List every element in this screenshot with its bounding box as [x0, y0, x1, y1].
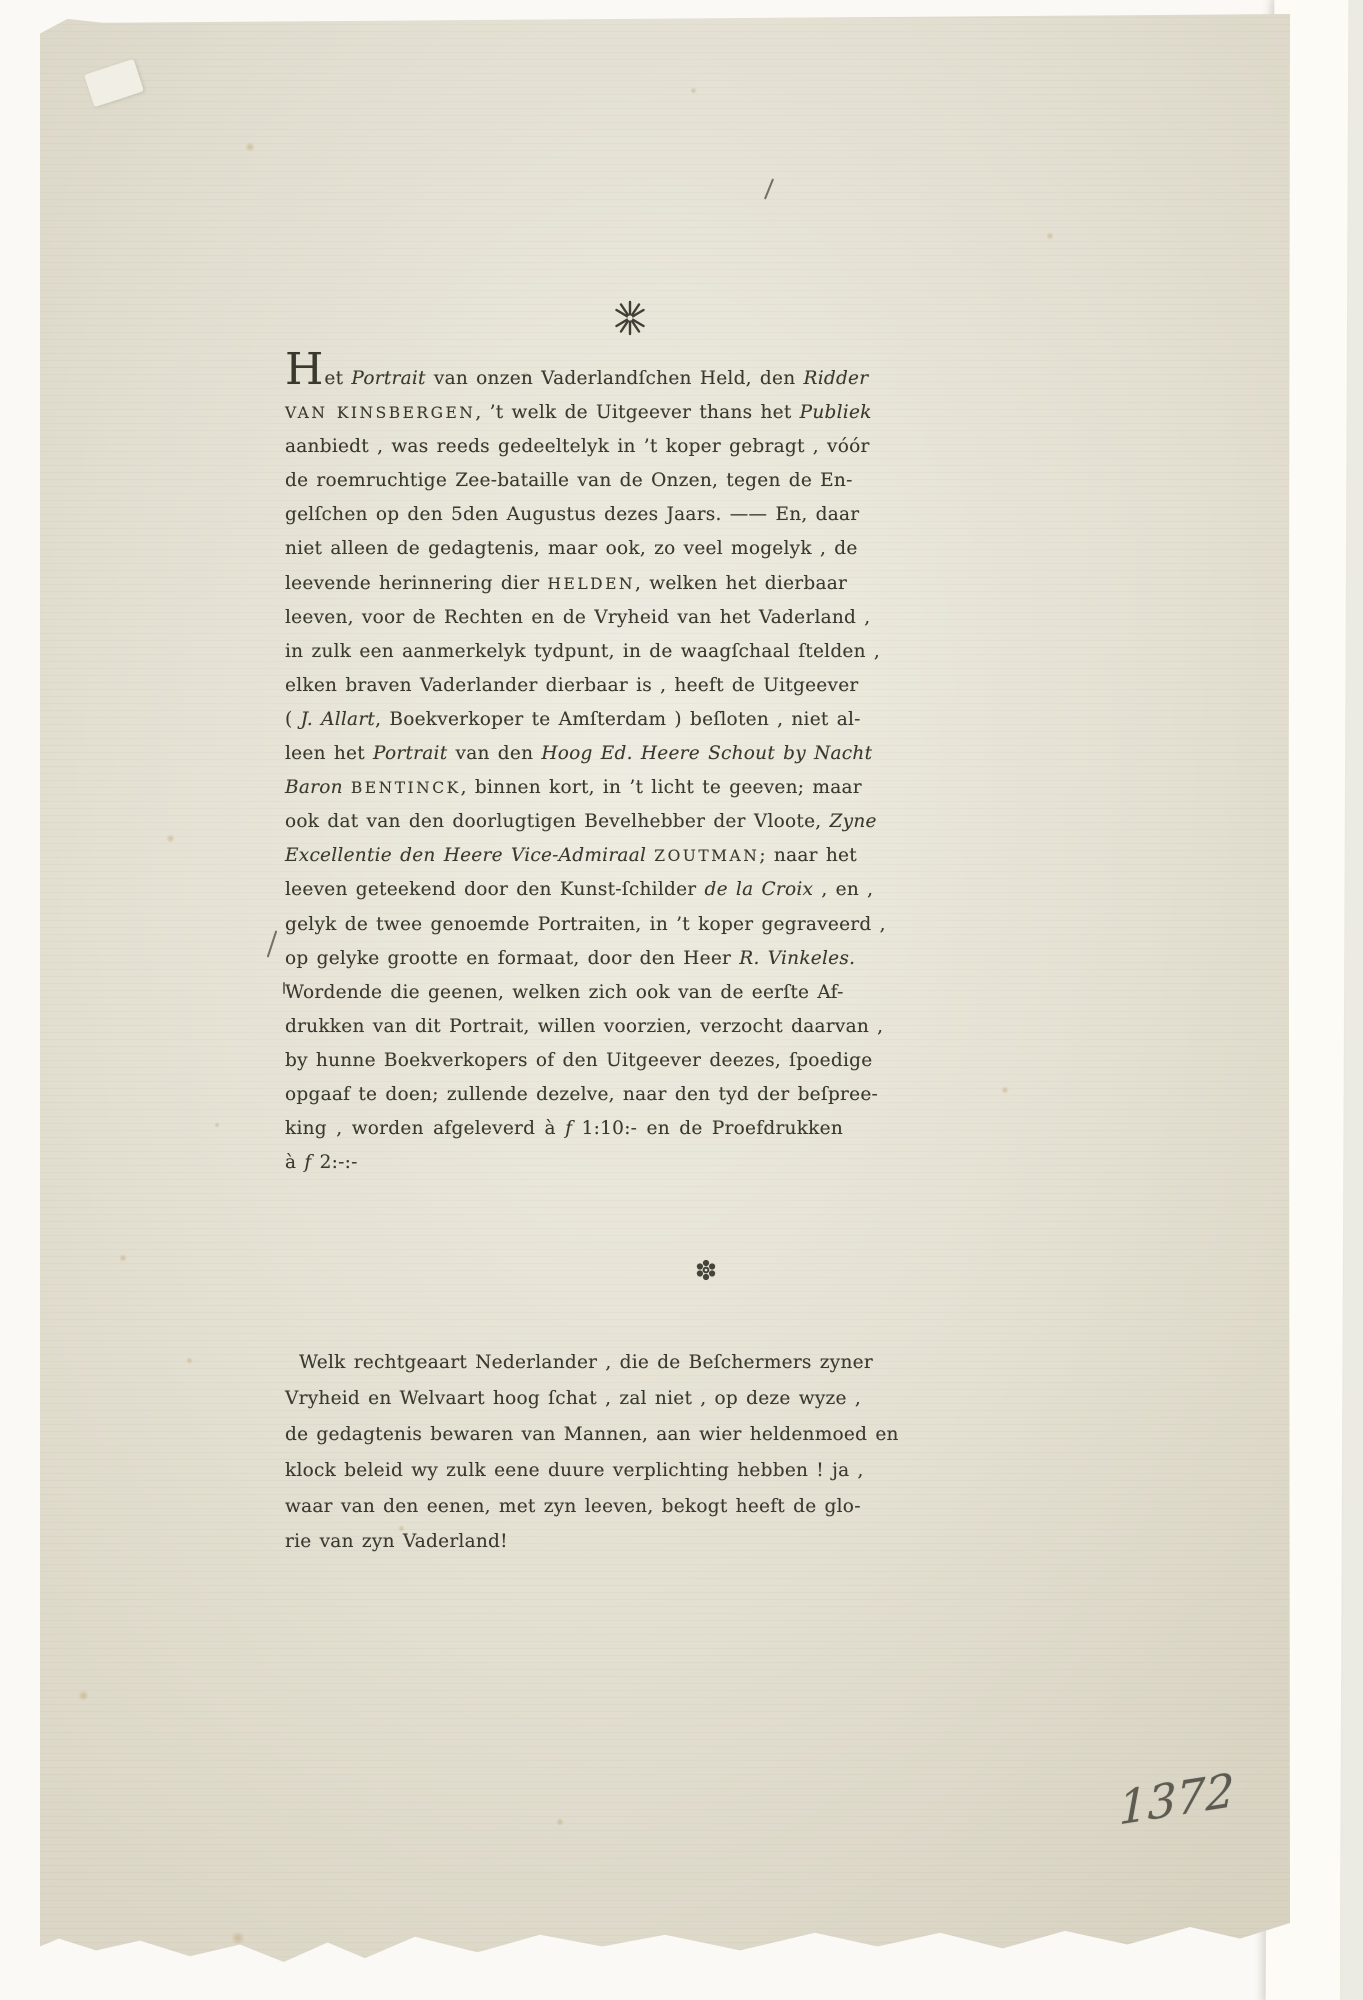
text-line: leen het Portrait van den Hoog Ed. Heere… — [285, 737, 843, 771]
text-segment: , ’t welk de Uitgeever thans het — [475, 402, 799, 423]
text-segment: à — [285, 1152, 304, 1173]
text-segment: et — [324, 368, 351, 389]
text-line: ( J. Allart, Boekverkoper te Amſterdam )… — [285, 703, 843, 737]
announcement-paragraph: Het Portrait van onzen Vaderlandſchen He… — [285, 362, 843, 1180]
text-segment: Wordende die geenen, welken zich ook van… — [285, 982, 844, 1003]
text-line: ook dat van den doorlugtigen Bevelhebber… — [285, 805, 843, 839]
text-segment: ( — [285, 709, 301, 730]
text-line: klock beleid wy zulk eene duure verplich… — [285, 1453, 845, 1489]
fleuron-ornament-icon — [692, 1256, 720, 1288]
foxing-spot — [1001, 1086, 1009, 1094]
text-segment: Ridder — [804, 368, 869, 389]
text-segment: Portrait — [351, 368, 425, 389]
text-line: by hunne Boekverkopers of den Uitgeever … — [285, 1044, 843, 1078]
text-segment: HELDEN — [548, 575, 635, 593]
text-line: rie van zyn Vaderland! — [285, 1524, 845, 1560]
text-segment: ; naar het — [759, 845, 857, 866]
text-segment: Welk rechtgeaart Nederlander , die de Be… — [299, 1352, 873, 1373]
text-segment: R. Vinkeles. — [739, 948, 855, 969]
pen-mark — [267, 930, 278, 957]
foxing-spot — [690, 87, 697, 94]
foxing-spot — [556, 1818, 564, 1826]
text-segment: Hoog Ed. Heere Schout by Nacht — [541, 743, 872, 764]
text-line: Excellentie den Heere Vice-Admiraal ZOUT… — [285, 839, 843, 873]
text-segment: de la Croix — [705, 879, 814, 900]
text-segment: by hunne Boekverkopers of den Uitgeever … — [285, 1050, 872, 1071]
text-segment: Publiek — [800, 402, 872, 423]
pen-mark — [764, 178, 774, 199]
text-segment: in zulk een aanmerkelyk tydpunt, in de w… — [285, 641, 880, 662]
foxing-spot — [119, 1254, 127, 1262]
text-segment: gelyk de twee genoemde Portraiten, in ’t… — [285, 914, 886, 935]
drop-cap: H — [285, 344, 324, 395]
text-segment: leen het — [285, 743, 373, 764]
text-segment: Vryheid en Welvaart hoog ſchat , zal nie… — [285, 1388, 861, 1409]
text-segment: king , worden afgeleverd à — [285, 1118, 565, 1139]
photo-backdrop: Het Portrait van onzen Vaderlandſchen He… — [0, 0, 1363, 2000]
text-line: king , worden afgeleverd à f 1:10:- en d… — [285, 1112, 843, 1146]
text-line: à f 2:-:- — [285, 1146, 843, 1180]
text-line: de gedagtenis bewaren van Mannen, aan wi… — [285, 1417, 845, 1453]
text-segment: drukken van dit Portrait, willen voorzie… — [285, 1016, 883, 1037]
text-line: Welk rechtgeaart Nederlander , die de Be… — [285, 1345, 845, 1381]
text-segment: J. Allart — [301, 709, 376, 730]
text-segment: f — [304, 1152, 311, 1173]
text-segment: Baron — [285, 777, 343, 798]
text-line: waar van den eenen, met zyn leeven, beko… — [285, 1489, 845, 1525]
text-segment: niet alleen de gedagtenis, maar ook, zo … — [285, 538, 858, 559]
text-segment: BENTINCK — [351, 779, 461, 797]
text-line: leeven, voor de Rechten en de Vryheid va… — [285, 601, 843, 635]
text-line: de roemruchtige Zee-bataille van de Onze… — [285, 464, 843, 498]
foxing-spot — [620, 1942, 632, 1952]
asterisk-ornament-icon — [610, 296, 650, 344]
text-line: opgaaf te doen; zullende dezelve, naar d… — [285, 1078, 843, 1112]
text-segment: de roemruchtige Zee-bataille van de Onze… — [285, 470, 853, 491]
foxing-spot — [214, 1122, 220, 1128]
text-line: leevende herinnering dier HELDEN, welken… — [285, 567, 843, 601]
text-line: op gelyke grootte en formaat, door den H… — [285, 942, 843, 976]
corner-tear — [84, 59, 144, 107]
text-segment: rie van zyn Vaderland! — [285, 1531, 508, 1552]
text-segment: , binnen kort, in ’t licht te geeven; ma… — [461, 777, 862, 798]
text-segment: ZOUTMAN — [654, 847, 759, 865]
text-segment: gelſchen op den 5den Augustus dezes Jaar… — [285, 504, 859, 525]
text-line: in zulk een aanmerkelyk tydpunt, in de w… — [285, 635, 843, 669]
text-segment: van onzen Vaderlandſchen Held, den — [426, 368, 804, 389]
text-line: gelſchen op den 5den Augustus dezes Jaar… — [285, 498, 843, 532]
text-line: aanbiedt , was reeds gedeeltelyk in ’t k… — [285, 430, 843, 464]
text-segment: leevende herinnering dier — [285, 573, 548, 594]
foxing-spot — [166, 834, 175, 843]
text-segment: waar van den eenen, met zyn leeven, beko… — [285, 1496, 861, 1517]
text-segment: , en , — [813, 879, 873, 900]
text-line: gelyk de twee genoemde Portraiten, in ’t… — [285, 908, 843, 942]
text-segment: ook dat van den doorlugtigen Bevelhebber… — [285, 811, 830, 832]
text-line: Wordende die geenen, welken zich ook van… — [285, 976, 843, 1010]
text-segment: Portrait — [373, 743, 447, 764]
text-segment: aanbiedt , was reeds gedeeltelyk in ’t k… — [285, 436, 870, 457]
text-line: Vryheid en Welvaart hoog ſchat , zal nie… — [285, 1381, 845, 1417]
foxing-spot — [245, 142, 255, 152]
text-segment: VAN KINSBERGEN — [285, 404, 475, 422]
text-segment: Excellentie den Heere Vice-Admiraal — [285, 845, 646, 866]
text-line: elken braven Vaderlander dierbaar is , h… — [285, 669, 843, 703]
text-segment: opgaaf te doen; zullende dezelve, naar d… — [285, 1084, 878, 1105]
text-segment: op gelyke grootte en formaat, door den H… — [285, 948, 739, 969]
text-line: Het Portrait van onzen Vaderlandſchen He… — [285, 362, 843, 396]
foxing-spot — [78, 1690, 89, 1701]
closing-paragraph: Welk rechtgeaart Nederlander , die de Be… — [285, 1345, 845, 1560]
text-segment: leeven, voor de Rechten en de Vryheid va… — [285, 607, 870, 628]
text-segment: 1:10:- en de Proefdrukken — [572, 1118, 843, 1139]
text-segment: Zyne — [830, 811, 877, 832]
text-segment: , Boekverkoper te Amſterdam ) beſloten ,… — [375, 709, 861, 730]
text-segment: klock beleid wy zulk eene duure verplich… — [285, 1460, 864, 1481]
text-segment — [343, 777, 351, 798]
text-line: niet alleen de gedagtenis, maar ook, zo … — [285, 532, 843, 566]
text-segment: elken braven Vaderlander dierbaar is , h… — [285, 675, 858, 696]
text-line: leeven geteekend door den Kunst-ſchilder… — [285, 873, 843, 907]
text-segment: 2:-:- — [312, 1152, 358, 1173]
text-segment: de gedagtenis bewaren van Mannen, aan wi… — [285, 1424, 899, 1445]
foxing-spot — [230, 1932, 246, 1944]
text-segment: leeven geteekend door den Kunst-ſchilder — [285, 879, 705, 900]
text-line: drukken van dit Portrait, willen voorzie… — [285, 1010, 843, 1044]
foxing-spot — [1046, 232, 1054, 240]
foxing-spot — [186, 1357, 193, 1364]
text-segment: van den — [447, 743, 541, 764]
text-line: VAN KINSBERGEN, ’t welk de Uitgeever tha… — [285, 396, 843, 430]
text-segment: , welken het dierbaar — [635, 573, 847, 594]
text-line: Baron BENTINCK, binnen kort, in ’t licht… — [285, 771, 843, 805]
